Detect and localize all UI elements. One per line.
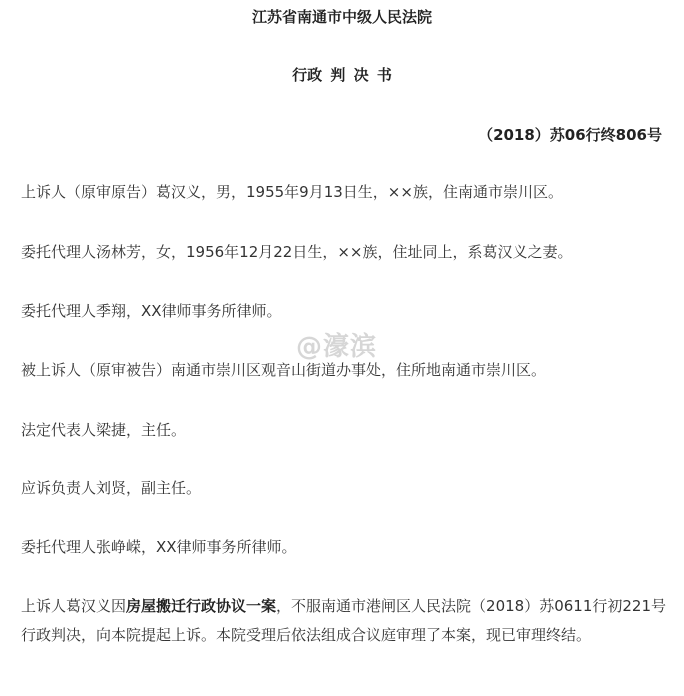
paragraph-case-summary: 上诉人葛汉义因房屋搬迁行政协议一案，不服南通市港闸区人民法院（2018）苏061…	[21, 592, 667, 650]
case-summary-bold: 房屋搬迁行政协议一案	[126, 597, 276, 615]
paragraph-agent-3: 委托代理人张峥嵘，XX律师事务所律师。	[21, 533, 667, 562]
court-name-heading: 江苏省南通市中级人民法院	[0, 6, 684, 27]
judgment-document: 江苏省南通市中级人民法院 行政 判 决 书 （2018）苏06行终806号 上诉…	[0, 0, 684, 696]
paragraph-appellant: 上诉人（原审原告）葛汉义，男，1955年9月13日生，××族，住南通市崇川区。	[21, 178, 667, 207]
case-number: （2018）苏06行终806号	[478, 124, 662, 145]
paragraph-responsible-person: 应诉负责人刘贤，副主任。	[21, 474, 667, 503]
paragraph-agent-2: 委托代理人季翔，XX律师事务所律师。	[21, 297, 667, 326]
paragraph-appellee: 被上诉人（原审被告）南通市崇川区观音山街道办事处，住所地南通市崇川区。	[21, 356, 667, 385]
paragraph-agent-1: 委托代理人汤林芳，女，1956年12月22日生，××族，住址同上，系葛汉义之妻。	[21, 238, 667, 267]
paragraph-legal-representative: 法定代表人梁捷，主任。	[21, 416, 667, 445]
case-summary-prefix: 上诉人葛汉义因	[21, 597, 126, 615]
document-type-heading: 行政 判 决 书	[0, 64, 684, 85]
